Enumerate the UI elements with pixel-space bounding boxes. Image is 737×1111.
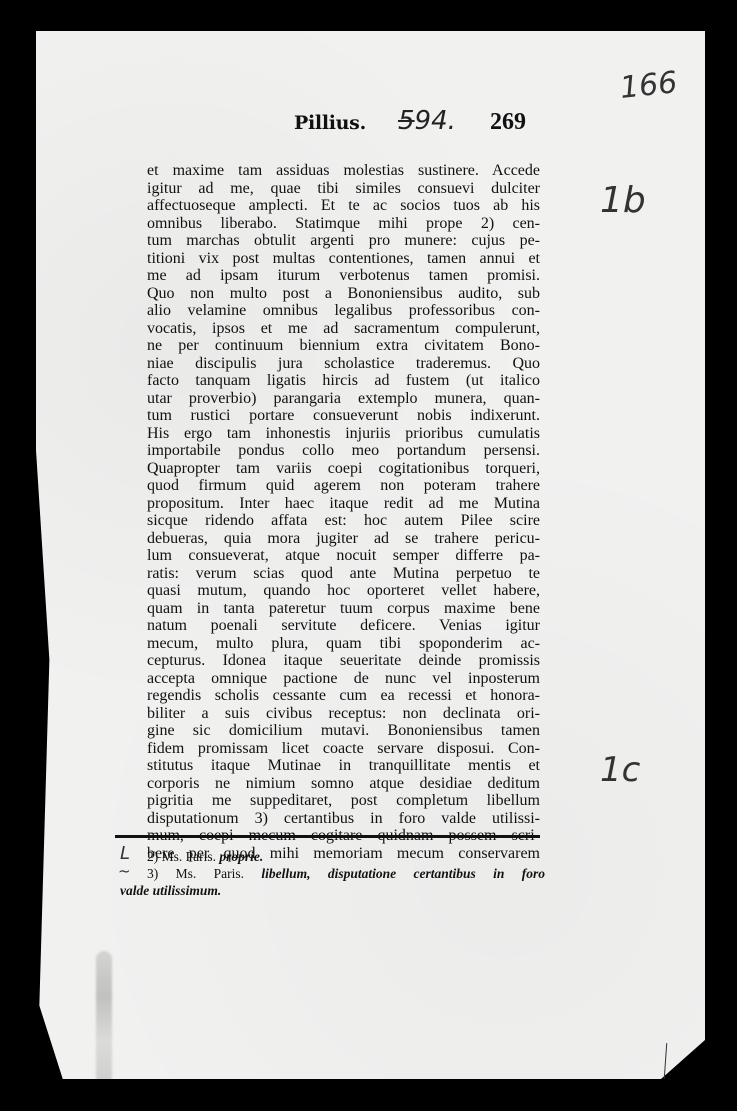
body-line: tum rustici portare consueverunt nobis i… — [147, 407, 540, 425]
body-line: lum consueverat, atque nocuit semper dif… — [147, 547, 540, 565]
footnote-3-continued: valde utilissimum. — [120, 882, 545, 899]
body-line: regendis scholis cessante cum ea recessi… — [147, 687, 540, 705]
body-line: cepturus. Idonea itaque seueritate deind… — [147, 652, 540, 670]
margin-note-1c: 1c — [600, 750, 640, 790]
water-stain — [96, 951, 112, 1101]
page-header: Pillius. 594. 269 — [250, 112, 550, 148]
footnote-3: 3) Ms. Paris. libellum, disputatione cer… — [120, 865, 545, 882]
body-line: stitutus itaque Mutinae in tranquillitat… — [147, 757, 540, 775]
body-line: igitur ad me, quae tibi similes consuevi… — [147, 180, 540, 198]
body-line: niae discipulis jura scholastice tradere… — [147, 355, 540, 373]
page-number: 269 — [490, 109, 526, 136]
body-line: debueras, quia mora jugiter ad se traher… — [147, 530, 540, 548]
body-text: et maxime tam assiduas molestias sustine… — [147, 162, 540, 862]
body-line: alio velamine omnibus legalibus professo… — [147, 302, 540, 320]
body-line: titioni vix post multas contentiones, ta… — [147, 250, 540, 268]
body-line: vocatis, ipsos et me ad sacramentum comp… — [147, 320, 540, 338]
body-line: His ergo tam inhonestis injuriis priorib… — [147, 425, 540, 443]
body-line: importabile pondus collo meo portandum p… — [147, 442, 540, 460]
margin-note-folio: 166 — [618, 65, 679, 106]
body-line: accepta omnique pactione de nunc vel inp… — [147, 670, 540, 688]
body-line: propositum. Inter haec itaque redit ad m… — [147, 495, 540, 513]
body-line: natum poenali servitute deficere. Venias… — [147, 617, 540, 635]
body-line: quasi mutum, quando hoc oporteret vellet… — [147, 582, 540, 600]
body-line: gine sic domicilium mutavi. Bononiensibu… — [147, 722, 540, 740]
handwritten-folio: 594. — [398, 106, 456, 136]
body-line: corporis ne nimium somno atque desidiae … — [147, 775, 540, 793]
body-line: utar proverbio) parangaria extemplo mune… — [147, 390, 540, 408]
body-line: Quapropter tam variis coepi cogitationib… — [147, 460, 540, 478]
running-title: Pillius. — [294, 112, 366, 134]
margin-note-1b: 1b — [600, 180, 646, 221]
body-line: ratis: verum scias quod ante Mutina perp… — [147, 565, 540, 583]
body-line: affectuoseque amplecti. Et te ac socios … — [147, 197, 540, 215]
footnote-2: 2) Ms. Paris. proprie. — [120, 848, 545, 865]
footnote-rule — [115, 835, 540, 838]
body-line: pigritia me suppeditaret, post completum… — [147, 792, 540, 810]
body-line: facto tanquam ligatis hircis ad fustem (… — [147, 372, 540, 390]
body-line: disputationum 3) certantibus in foro val… — [147, 810, 540, 828]
body-line: mecum, multo plura, quam tibi spoponderi… — [147, 635, 540, 653]
body-line: sicque ridendo affata est: hoc autem Pil… — [147, 512, 540, 530]
body-line: me ad ipsam iturum verbotenus tamen prom… — [147, 267, 540, 285]
body-line: quam in tanta pateretur tuum corpus maxi… — [147, 600, 540, 618]
body-line: Quo non multo post a Bononiensibus audit… — [147, 285, 540, 303]
body-line: quod firmum quid agerem non poteram trah… — [147, 477, 540, 495]
body-line: omnibus liberabo. Statimque mihi prope 2… — [147, 215, 540, 233]
body-line: biliter a suis civibus receptus: non dec… — [147, 705, 540, 723]
body-line: fidem promissam licet coacte servare dis… — [147, 740, 540, 758]
body-line: tum marchas obtulit argenti pro munere: … — [147, 232, 540, 250]
body-line: ne per continuum biennium extra civitate… — [147, 337, 540, 355]
body-line: et maxime tam assiduas molestias sustine… — [147, 162, 540, 180]
footnotes: 2) Ms. Paris. proprie. 3) Ms. Paris. lib… — [120, 848, 545, 899]
